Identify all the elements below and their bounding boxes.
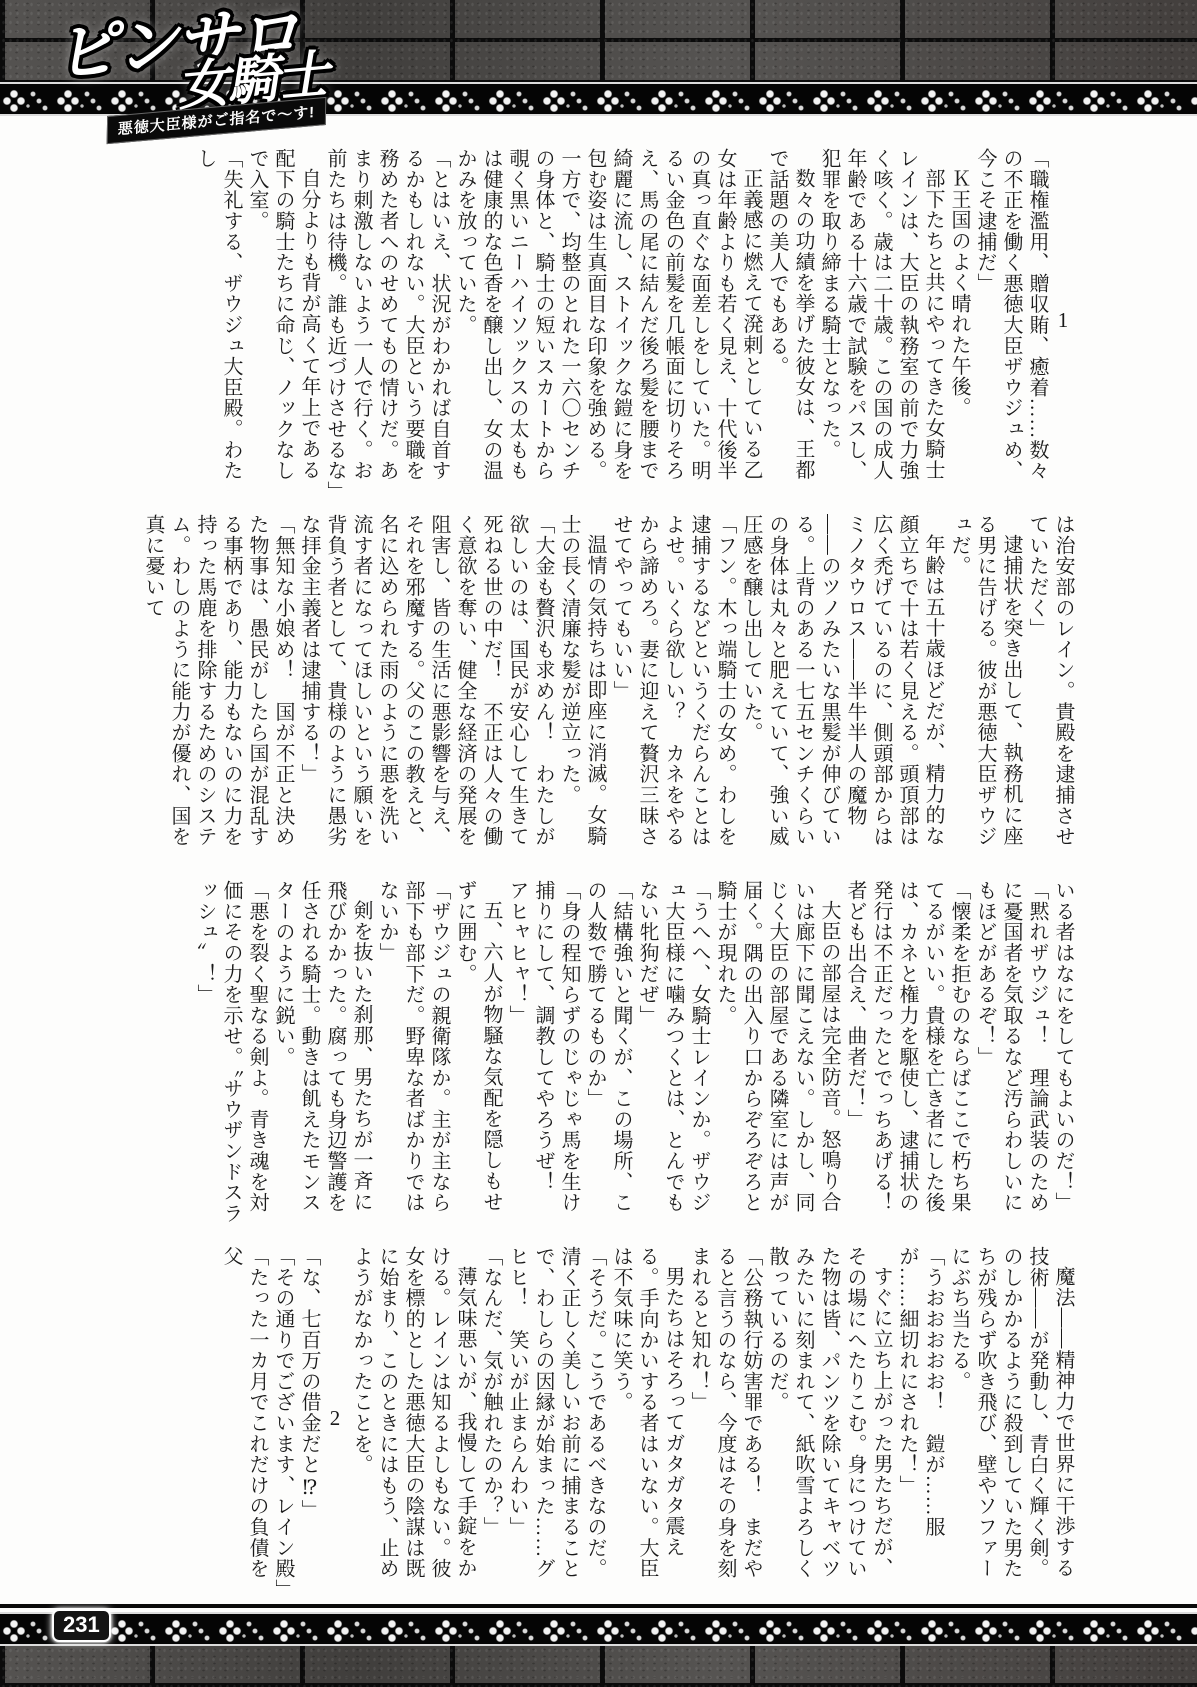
paragraph: 薄気味悪いが、我慢して手錠をかける。レインは知るよしもない。彼女を標的とした悪徳…: [348, 1246, 478, 1596]
paragraph: 「なんだ、気が触れたのか？」: [478, 1246, 504, 1596]
paragraph: 大臣の部屋は完全防音。怒鳴り合いは廊下に聞こえない。しかし、同じく大臣の部屋であ…: [712, 880, 842, 1230]
footer-ornament-border: [0, 1612, 1197, 1646]
paragraph: 自分よりも背が高くて年上である配下の騎士たちに命じ、ノックなしで入室。: [244, 148, 322, 498]
paragraph: 「失礼する、ザウジュ大臣殿。わたし: [192, 148, 244, 498]
paragraph: 「ザウジュの親衛隊か。主が主なら部下も部下だ。野卑な者ばかりではないか」: [374, 880, 452, 1230]
paragraph: 数々の功績を挙げた彼女は、王都で話題の美人でもある。: [764, 148, 816, 498]
text-band-1: 1「職権濫用、贈収賄、癒着……数々の不正を働く悪徳大臣ザウジュめ、今こそ逮捕だ」…: [66, 148, 1076, 498]
paragraph: 五、六人が物騒な気配を隠しもせずに囲む。: [452, 880, 504, 1230]
footer-brick-texture: [0, 1646, 1197, 1687]
paragraph: 「そうだ。こうであるべきなのだ。清く正しく美しいお前に捕まることで、わしらの因縁…: [504, 1246, 608, 1596]
paragraph: 「たった一カ月でこれだけの負債を父: [218, 1246, 270, 1596]
paragraph: 剣を抜いた刹那、男たちが一斉に飛びかかった。腐っても身辺警護を任される騎士。動き…: [270, 880, 374, 1230]
paragraph: 「とはいえ、状況がわかれば自首するかもしれない。大臣という要職を務めた者へのせめ…: [322, 148, 452, 498]
paragraph: 「身の程知らずのじゃじゃ馬を生け捕りにして、調教してやろうぜ！ アヒャヒャ！」: [504, 880, 582, 1230]
paragraph: 「結構強いと聞くが、この場所、この人数で勝てるものか」: [582, 880, 634, 1230]
paragraph: 正義感に燃えて溌剌としている乙女は年齢よりも若く見え、十代後半の真っ直ぐな面差し…: [452, 148, 764, 498]
paragraph: 温情の気持ちは即座に消滅。女騎士の長く清廉な髪が逆立った。: [556, 514, 608, 864]
paragraph: 「うおおおおお！ 鎧が……服が……細切れにされた！」: [894, 1246, 946, 1596]
series-logo: ピンサロ 女騎士 悪徳大臣様がご指名で～す!: [51, 0, 480, 148]
page-number: 231: [52, 1609, 111, 1642]
paragraph: 「大金も贅沢も求めん！ わたしが欲しいのは、国民が安心して生きて死ねる世の中だ！…: [296, 514, 556, 864]
paragraph: 逮捕状を突き出して、執務机に座る男に告げる。彼が悪徳大臣ザウジュだ。: [946, 514, 1024, 864]
paragraph: 「うへへ、女騎士レインか。ザウジュ大臣様に噛みつくとは、とんでもない牝狗だぜ」: [634, 880, 712, 1230]
novel-text: 1「職権濫用、贈収賄、癒着……数々の不正を働く悪徳大臣ザウジュめ、今こそ逮捕だ」…: [66, 148, 1076, 1612]
chapter-number: 2: [322, 1246, 348, 1596]
paragraph: Ｋ王国のよく晴れた午後。: [946, 148, 972, 498]
paragraph: 年齢は五十歳ほどだが、精力的な顔立ちで十は若く見える。頭頂部は広く禿げているのに…: [738, 514, 946, 864]
paragraph: 「無知な小娘め！ 国が不正と決めた物事は、愚民がしたら国が混乱する事柄であり、能…: [140, 514, 296, 864]
paragraph: 「フン。木っ端騎士の女め。わしを逮捕するなどというくだらんことはよせ。いくら欲し…: [608, 514, 738, 864]
text-band-3: いる者はなにをしてもよいのだ！」「黙れザウジュ！ 理論武装のために憂国者を気取る…: [66, 880, 1076, 1230]
paragraph: 「な、七百万の借金だと⁉」: [296, 1246, 322, 1596]
paragraph: いる者はなにをしてもよいのだ！」: [1050, 880, 1076, 1230]
paragraph: 「黙れザウジュ！ 理論武装のために憂国者を気取るなど汚らわしいにもほどがあるぞ！…: [972, 880, 1050, 1230]
text-band-2: は治安部のレイン。貴殿を逮捕させていただく」逮捕状を突き出して、執務机に座る男に…: [66, 514, 1076, 864]
paragraph: 「懐柔を拒むのならばここで朽ち果てるがいい。貴様を亡き者にした後は、カネと権力を…: [842, 880, 972, 1230]
paragraph: 男たちはそろってガタガタ震える。手向かいする者はいない。大臣は不気味に笑う。: [608, 1246, 686, 1596]
text-band-4: 魔法――精神力で世界に干渉する技術――が発動し、青白く輝く剣。のしかかるように殺…: [66, 1246, 1076, 1596]
paragraph: 魔法――精神力で世界に干渉する技術――が発動し、青白く輝く剣。のしかかるように殺…: [946, 1246, 1076, 1596]
paragraph: 「公務執行妨害罪である！ まだやると言うのなら、今度はその身を刻まれると知れ！」: [686, 1246, 764, 1596]
scanned-novel-page: ピンサロ 女騎士 悪徳大臣様がご指名で～す! 1「職権濫用、贈収賄、癒着……数々…: [0, 0, 1197, 1687]
paragraph: 「その通りでございます、レイン殿」: [270, 1246, 296, 1596]
chapter-number: 1: [1050, 148, 1076, 498]
paragraph: すぐに立ち上がった男たちだが、その場にへたりこむ。身につけていた物は皆、パンツを…: [764, 1246, 894, 1596]
paragraph: 「悪を裂く聖なる剣よ。青き魂を対価にその力を示せ。〝サウザンドスラッシュ〟！」: [192, 880, 270, 1230]
paragraph: は治安部のレイン。貴殿を逮捕させていただく」: [1024, 514, 1076, 864]
paragraph: 「職権濫用、贈収賄、癒着……数々の不正を働く悪徳大臣ザウジュめ、今こそ逮捕だ」: [972, 148, 1050, 498]
paragraph: 部下たちと共にやってきた女騎士レインは、大臣の執務室の前で力強く咳く。歳は二十歳…: [816, 148, 946, 498]
